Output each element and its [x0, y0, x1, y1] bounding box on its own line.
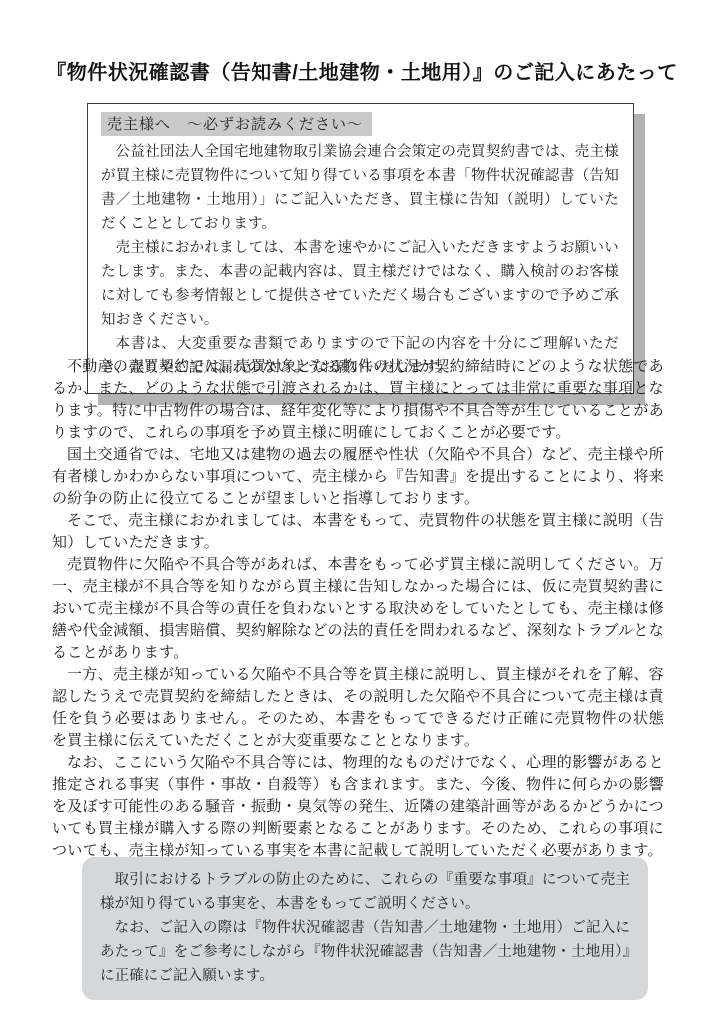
document-page: 『物件状況確認書（告知書/土地建物・土地用）』のご記入にあたって 売主様へ ～必…	[0, 0, 724, 1024]
body-paragraph: なお、ここにいう欠陥や不具合等には、物理的なものだけでなく、心理的影響があると推…	[52, 752, 664, 862]
footer-paragraph: 取引におけるトラブルの防止のために、これらの『重要な事項』について売主様が知り得…	[100, 868, 630, 916]
seller-notice-box: 売主様へ ～必ずお読みください～ 公益社団法人全国宅地建物取引業協会連合会策定の…	[87, 103, 634, 394]
main-body: 不動産の売買契約では、売買対象となる物件の状況が契約締結時にどのような状態である…	[52, 356, 664, 862]
body-paragraph: そこで、売主様におかれましては、本書をもって、売買物件の状態を買主様に説明（告知…	[52, 510, 664, 554]
notice-box-heading: 売主様へ ～必ずお読みください～	[101, 112, 372, 136]
important-items-footer-box: 取引におけるトラブルの防止のために、これらの『重要な事項』について売主様が知り得…	[82, 857, 648, 1000]
notice-paragraph: 公益社団法人全国宅地建物取引業協会連合会策定の売買契約書では、売主様が買主様に売…	[101, 140, 619, 236]
body-paragraph: 一方、売主様が知っている欠陥や不具合等を買主様に説明し、買主様がそれを了解、容認…	[52, 664, 664, 752]
body-paragraph: 国土交通省では、宅地又は建物の過去の履歴や性状（欠陥や不具合）など、売主様や所有…	[52, 444, 664, 510]
body-paragraph: 売買物件に欠陥や不具合等があれば、本書をもって必ず買主様に説明してください。万一…	[52, 554, 664, 664]
notice-paragraph: 売主様におかれましては、本書を速やかにご記入いただきますようお願いいたします。ま…	[101, 236, 619, 332]
body-paragraph: 不動産の売買契約では、売買対象となる物件の状況が契約締結時にどのような状態である…	[52, 356, 664, 444]
page-title: 『物件状況確認書（告知書/土地建物・土地用）』のご記入にあたって	[0, 56, 724, 85]
footer-paragraph: なお、ご記入の際は『物件状況確認書（告知書／土地建物・土地用）ご記入にあたって』…	[100, 916, 630, 988]
